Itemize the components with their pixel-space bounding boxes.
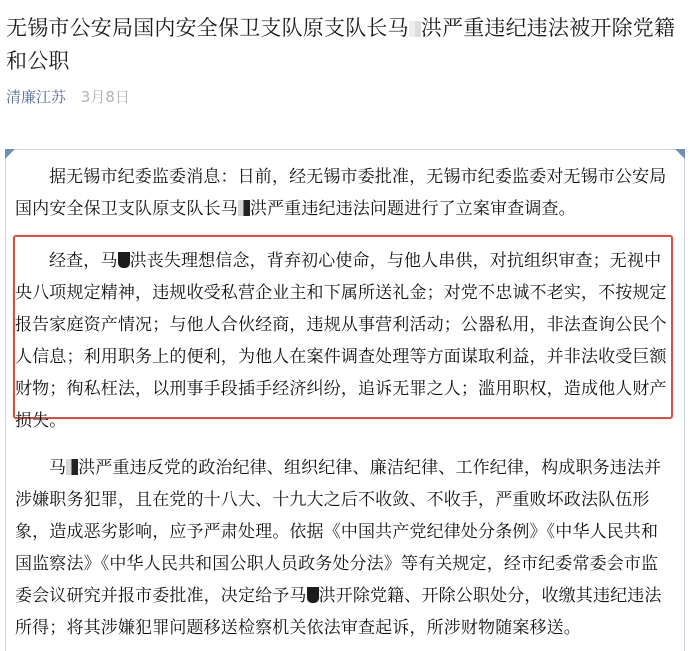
title-text-part1: 无锡市公安局国内安全保卫支队原支队长马: [6, 16, 409, 40]
masked-name: [307, 587, 319, 603]
masked-name: [238, 200, 250, 216]
masked-name: [118, 252, 130, 268]
publish-date: 3月8日: [81, 88, 130, 106]
corner-triangle-icon: [5, 149, 15, 159]
article-meta: 清廉江苏 3月8日: [6, 87, 130, 107]
masked-name: [66, 459, 78, 475]
paragraph-decision: 马洪严重违反党的政治纪律、组织纪律、廉洁纪律、工作纪律，构成职务违法并涉嫌职务犯…: [15, 452, 675, 644]
paragraph-text: 经查，马: [49, 251, 118, 271]
author-link[interactable]: 清廉江苏: [6, 88, 66, 106]
paragraph-findings: 经查，马洪丧失理想信念，背弃初心使命，与他人串供，对抗组织审查；无视中央八项规定…: [15, 245, 671, 437]
masked-name: [409, 21, 421, 37]
paragraph-text: 马: [49, 458, 66, 478]
paragraph-text: 洪严重违反党的政治纪律、组织纪律、廉洁纪律、工作纪律，构成职务违法并涉嫌职务犯罪…: [15, 458, 661, 606]
corner-triangle-icon: [675, 149, 685, 159]
article-title: 无锡市公安局国内安全保卫支队原支队长马洪严重违纪违法被开除党籍和公职: [6, 12, 686, 78]
paragraph-announcement: 据无锡市纪委监委消息：日前，经无锡市委批准，无锡市纪委监委对无锡市公安局国内安全…: [15, 161, 675, 225]
paragraph-text: 洪严重违纪违法问题进行了立案审查调查。: [250, 199, 576, 219]
paragraph-text: 洪丧失理想信念，背弃初心使命，与他人串供，对抗组织审查；无视中央八项规定精神，违…: [15, 251, 667, 431]
